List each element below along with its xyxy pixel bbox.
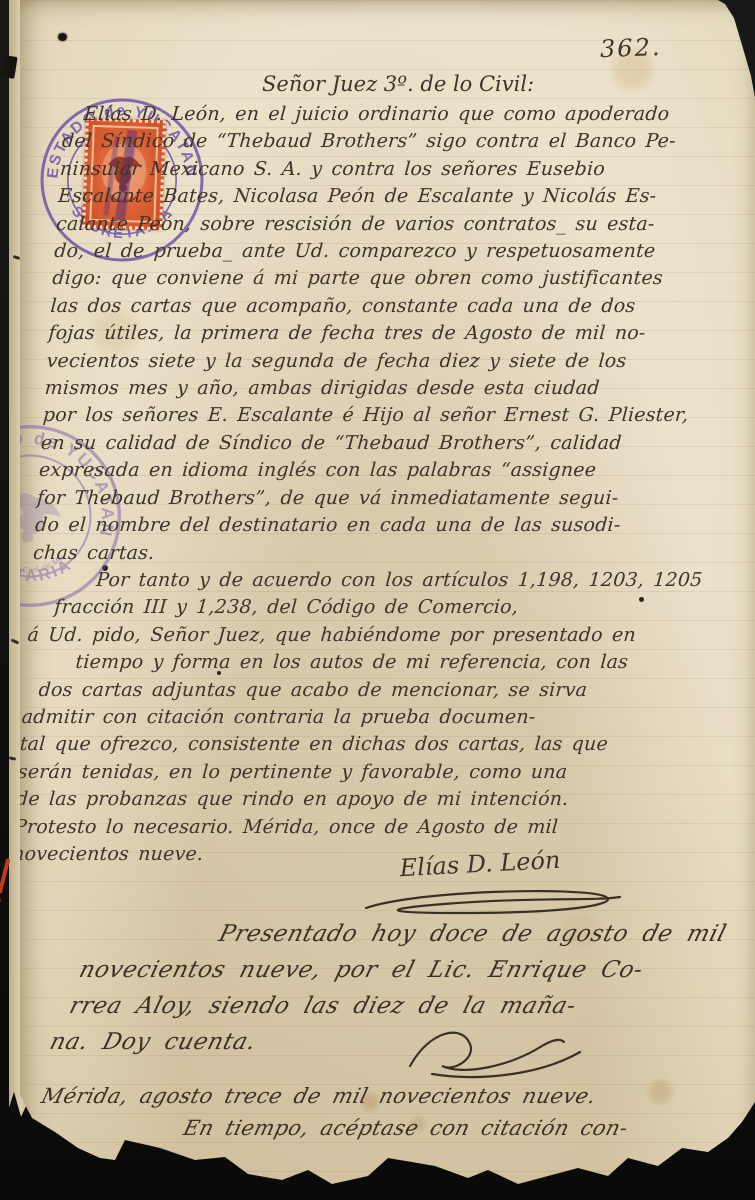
petition-heading: Señor Juez 3º. de lo Civil: [262,72,534,96]
manuscript-line: for Thebaud Brothers”, de que vá inmedia… [36,485,743,512]
scanned-document-scene: 362. ESTADO de YUCATAN SECRETARIA Instan… [0,0,755,1200]
folio-number: 362. [600,33,662,63]
ink-hole-dot [58,33,67,41]
manuscript-line: ninsular Mexicano S. A. y contra los señ… [59,156,755,183]
manuscript-line: de las probanzas que rindo en apoyo de m… [15,786,722,813]
manuscript-line: na. Doy cuenta. [46,1024,726,1060]
manuscript-line: fojas útiles, la primera de fecha tres d… [48,320,755,347]
manuscript-line: dos cartas adjuntas que acabo de mencion… [38,677,730,704]
court-decree: Mérida, agosto trece de mil novecientos … [30,1080,746,1144]
manuscript-line: serán tenidas, en lo pertinente y favora… [17,759,724,786]
document-page: 362. ESTADO de YUCATAN SECRETARIA Instan… [20,0,755,1200]
manuscript-line: admitir con citación contraria la prueba… [21,704,728,731]
manuscript-line: En tiempo, acéptase con citación con- [180,1112,738,1144]
petition-body: Elías D. León, en el juicio ordinario qu… [11,101,755,868]
manuscript-line: las dos cartas que acompaño, constante c… [49,293,755,320]
manuscript-line: novecientos nueve, por el Lic. Enrique C… [75,952,745,988]
manuscript-line: vecientos siete y la segunda de fecha di… [46,348,753,375]
manuscript-line: Protesto lo necesario. Mérida, once de A… [13,814,720,841]
manuscript-line: tal que ofrezco, consistente en dichas d… [19,731,726,758]
manuscript-line: digo: que conviene á mi parte que obren … [51,265,755,292]
manuscript-line: chas cartas. [32,540,739,567]
manuscript-line: Mérida, agosto trece de mil novecientos … [38,1080,746,1112]
manuscript-line: do el nombre del destinatario en cada un… [34,512,741,539]
manuscript-line: á Ud. pido, Señor Juez, que habiéndome p… [27,622,734,649]
manuscript-line: mismos mes y año, ambas dirigidas desde … [44,375,751,402]
manuscript-line: fracción III y 1,238, del Código de Come… [53,594,735,621]
clerk-rubric-signature [392,1018,592,1088]
manuscript-line: Elías D. León, en el juicio ordinario qu… [83,101,755,128]
manuscript-line: en su calidad de Síndico de “Thebaud Bro… [40,430,747,457]
manuscript-line: calante Peón, sobre rescisión de varios … [55,211,755,238]
manuscript-line: Por tanto y de acuerdo con los artículos… [95,567,737,594]
manuscript-line: tiempo y forma en los autos de mi refere… [75,649,732,676]
manuscript-line: por los señores E. Escalante é Hijo al s… [42,402,749,429]
manuscript-line: del Síndico de “Thebaud Brothers” sigo c… [61,128,755,155]
manuscript-line: do, el de prueba_ ante Ud. comparezco y … [53,238,755,265]
manuscript-line: Escalante Bates, Nicolasa Peón de Escala… [57,183,755,210]
manuscript-line: Presentado hoy doce de agosto de mil [215,916,755,952]
manuscript-line: expresada en idioma inglés con las palab… [38,457,745,484]
